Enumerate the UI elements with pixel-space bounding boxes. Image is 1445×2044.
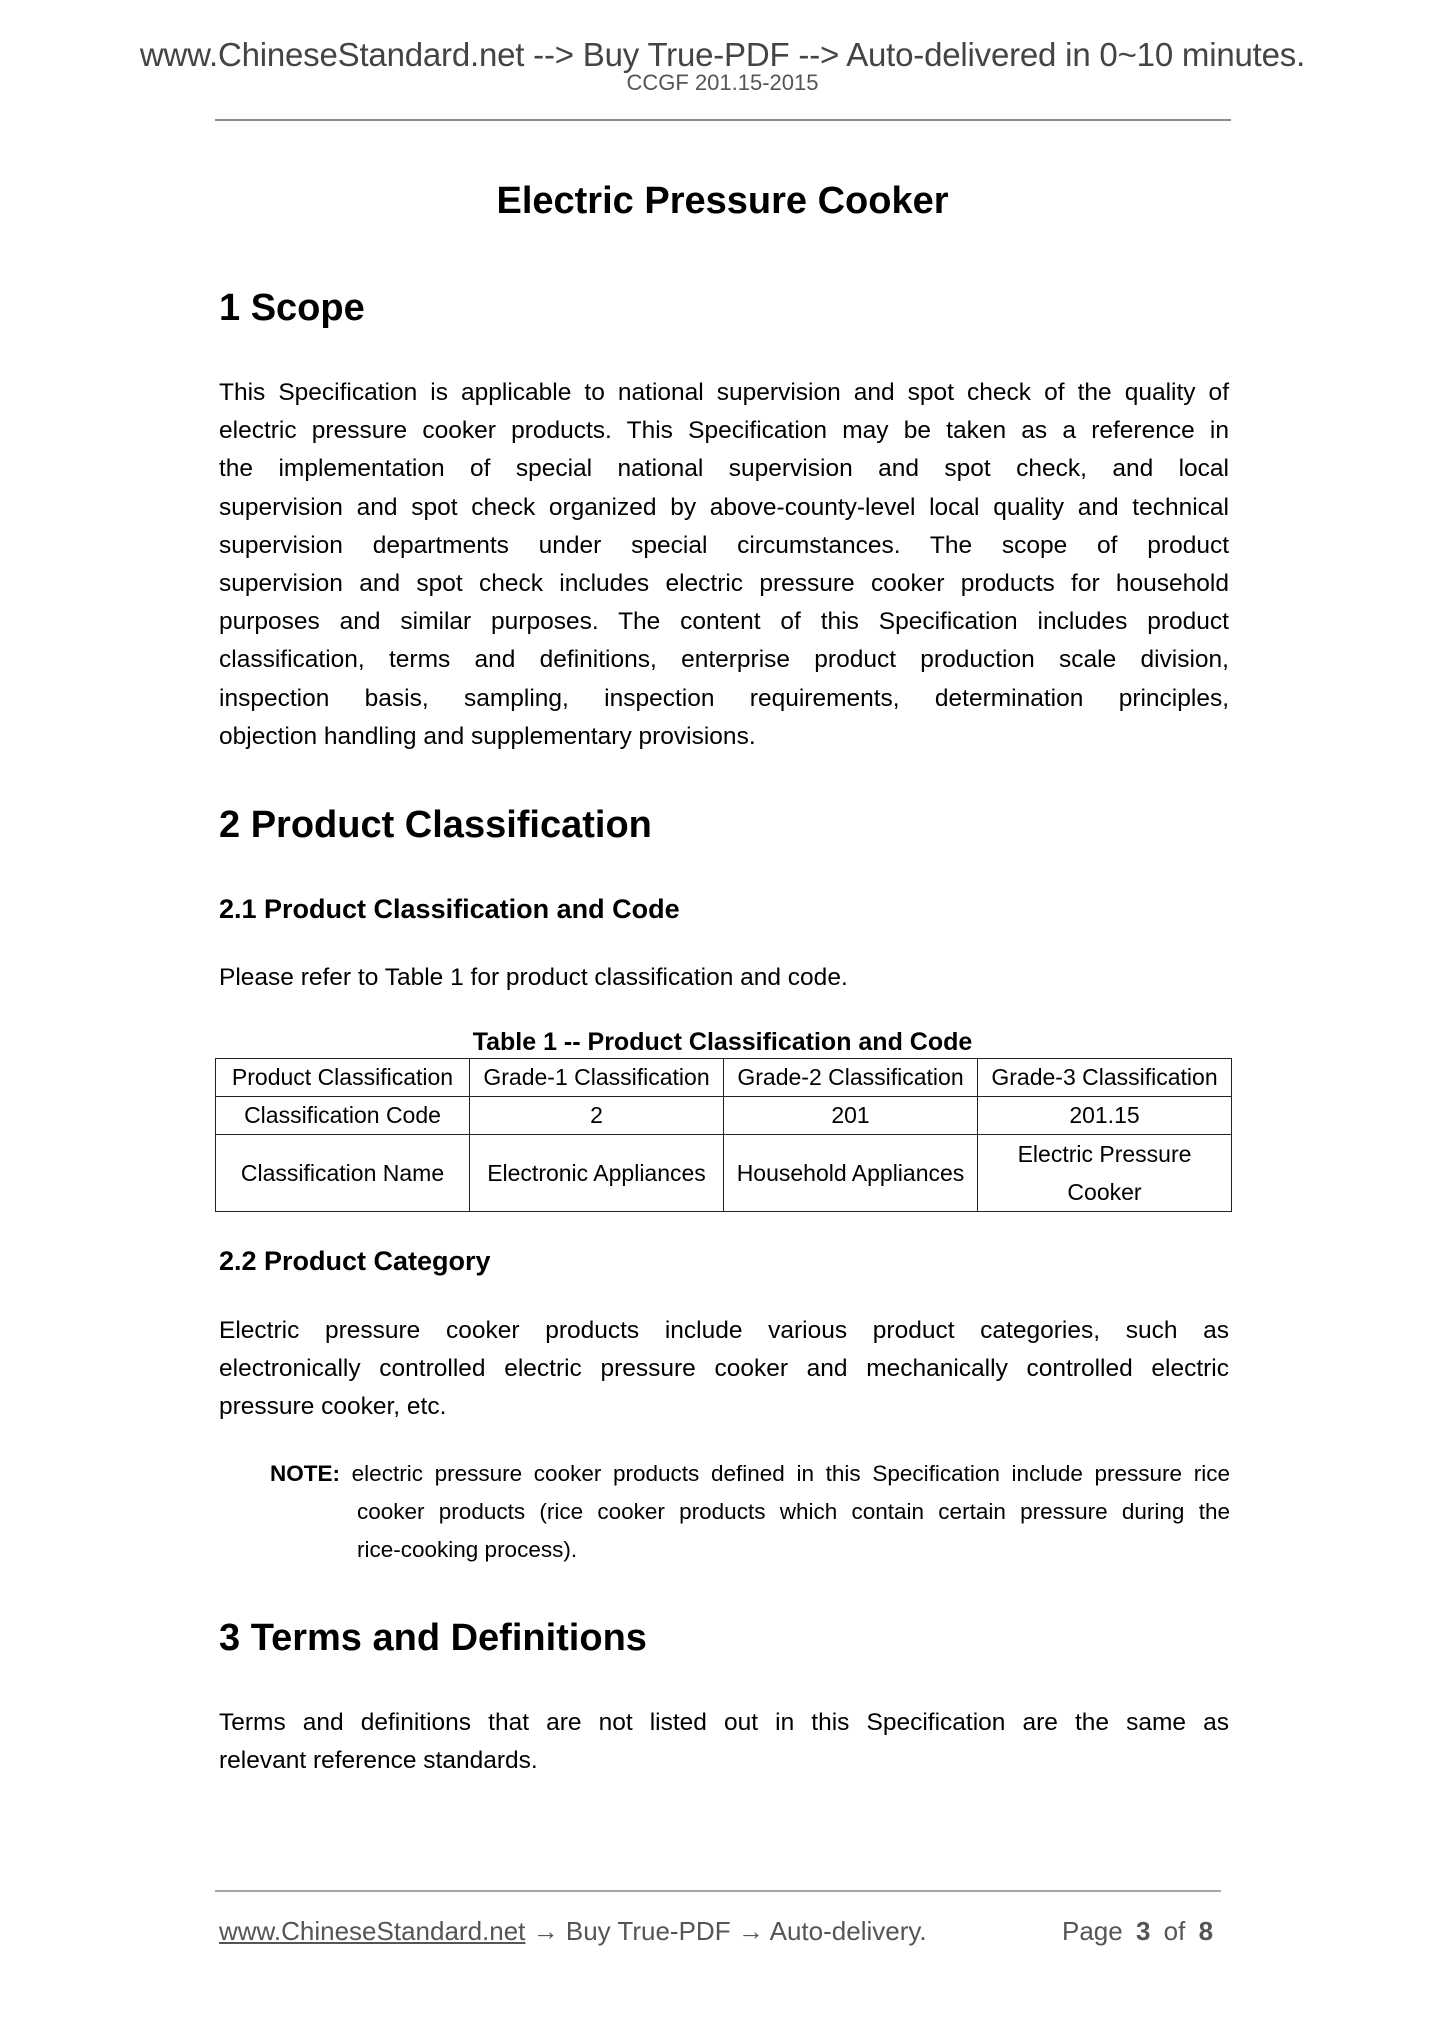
table-cell: Electric Pressure Cooker bbox=[978, 1135, 1232, 1212]
table-cell: Electronic Appliances bbox=[470, 1135, 724, 1212]
table-cell: Household Appliances bbox=[724, 1135, 978, 1212]
terms-paragraph: Terms and definitions that are not liste… bbox=[219, 1704, 1229, 1780]
text-line: objection handling and supplementary pro… bbox=[219, 718, 1229, 756]
subsection-heading-product-category: 2.2 Product Category bbox=[219, 1248, 491, 1275]
text-line: purposes and similar purposes. The conte… bbox=[219, 603, 1229, 641]
footer-delivery-text: Auto-delivery. bbox=[770, 1916, 927, 1946]
section-heading-classification: 2 Product Classification bbox=[219, 806, 652, 844]
document-title: Electric Pressure Cooker bbox=[0, 182, 1445, 220]
text-line: This Specification is applicable to nati… bbox=[219, 374, 1229, 412]
table-header-cell: Product Classification bbox=[216, 1059, 470, 1097]
text-line: Terms and definitions that are not liste… bbox=[219, 1704, 1229, 1742]
table-cell: 201 bbox=[724, 1097, 978, 1135]
note-text: electric pressure cooker products define… bbox=[352, 1461, 1230, 1486]
note-line: cooker products (rice cooker products wh… bbox=[270, 1493, 1230, 1531]
footer-promo: www.ChineseStandard.net → Buy True-PDF →… bbox=[219, 1918, 927, 1944]
scope-paragraph: This Specification is applicable to nati… bbox=[219, 374, 1229, 756]
table-header-cell: Grade-3 Classification bbox=[978, 1059, 1232, 1097]
text-line: pressure cooker, etc. bbox=[219, 1388, 1229, 1426]
page-current: 3 bbox=[1136, 1916, 1150, 1946]
text-line: supervision and spot check includes elec… bbox=[219, 565, 1229, 603]
text-line: supervision departments under special ci… bbox=[219, 527, 1229, 565]
arrow-right-icon: → bbox=[533, 1916, 559, 1946]
header-divider bbox=[215, 119, 1231, 121]
text-line: relevant reference standards. bbox=[219, 1742, 1229, 1780]
text-line: supervision and spot check organized by … bbox=[219, 489, 1229, 527]
table-row: Classification Code 2 201 201.15 bbox=[216, 1097, 1232, 1135]
page-total: 8 bbox=[1199, 1916, 1213, 1946]
page-indicator: Page 3 of 8 bbox=[1062, 1918, 1213, 1944]
table-cell: Classification Code bbox=[216, 1097, 470, 1135]
footer-divider bbox=[215, 1890, 1221, 1892]
section-heading-scope: 1 Scope bbox=[219, 289, 365, 327]
footer-site-link[interactable]: www.ChineseStandard.net bbox=[219, 1916, 525, 1946]
text-line: electronically controlled electric press… bbox=[219, 1350, 1229, 1388]
classification-intro: Please refer to Table 1 for product clas… bbox=[219, 959, 1229, 997]
table-cell: 2 bbox=[470, 1097, 724, 1135]
arrow-right-icon: → bbox=[738, 1916, 764, 1946]
page-label: Page bbox=[1062, 1916, 1123, 1946]
product-category-paragraph: Electric pressure cooker products includ… bbox=[219, 1312, 1229, 1427]
note-line: NOTE: electric pressure cooker products … bbox=[270, 1455, 1230, 1493]
text-line: Please refer to Table 1 for product clas… bbox=[219, 959, 1229, 997]
table-header-row: Product Classification Grade-1 Classific… bbox=[216, 1059, 1232, 1097]
subsection-heading-classification-code: 2.1 Product Classification and Code bbox=[219, 896, 680, 923]
note-block: NOTE: electric pressure cooker products … bbox=[270, 1455, 1230, 1569]
top-banner: www.ChineseStandard.net --> Buy True-PDF… bbox=[0, 38, 1445, 71]
standard-code: CCGF 201.15-2015 bbox=[0, 72, 1445, 94]
text-line: inspection basis, sampling, inspection r… bbox=[219, 680, 1229, 718]
footer-buy-text: Buy True-PDF bbox=[566, 1916, 731, 1946]
table-header-cell: Grade-2 Classification bbox=[724, 1059, 978, 1097]
text-line: Electric pressure cooker products includ… bbox=[219, 1312, 1229, 1350]
page-of: of bbox=[1164, 1916, 1186, 1946]
text-line: the implementation of special national s… bbox=[219, 450, 1229, 488]
note-label: NOTE: bbox=[270, 1461, 340, 1486]
table-cell: Classification Name bbox=[216, 1135, 470, 1212]
section-heading-terms: 3 Terms and Definitions bbox=[219, 1619, 647, 1657]
classification-table: Product Classification Grade-1 Classific… bbox=[215, 1058, 1232, 1212]
note-line: rice-cooking process). bbox=[270, 1531, 1230, 1569]
table-row: Classification Name Electronic Appliance… bbox=[216, 1135, 1232, 1212]
text-line: electric pressure cooker products. This … bbox=[219, 412, 1229, 450]
table-header-cell: Grade-1 Classification bbox=[470, 1059, 724, 1097]
table-cell: 201.15 bbox=[978, 1097, 1232, 1135]
table-caption: Table 1 -- Product Classification and Co… bbox=[0, 1030, 1445, 1055]
text-line: classification, terms and definitions, e… bbox=[219, 641, 1229, 679]
